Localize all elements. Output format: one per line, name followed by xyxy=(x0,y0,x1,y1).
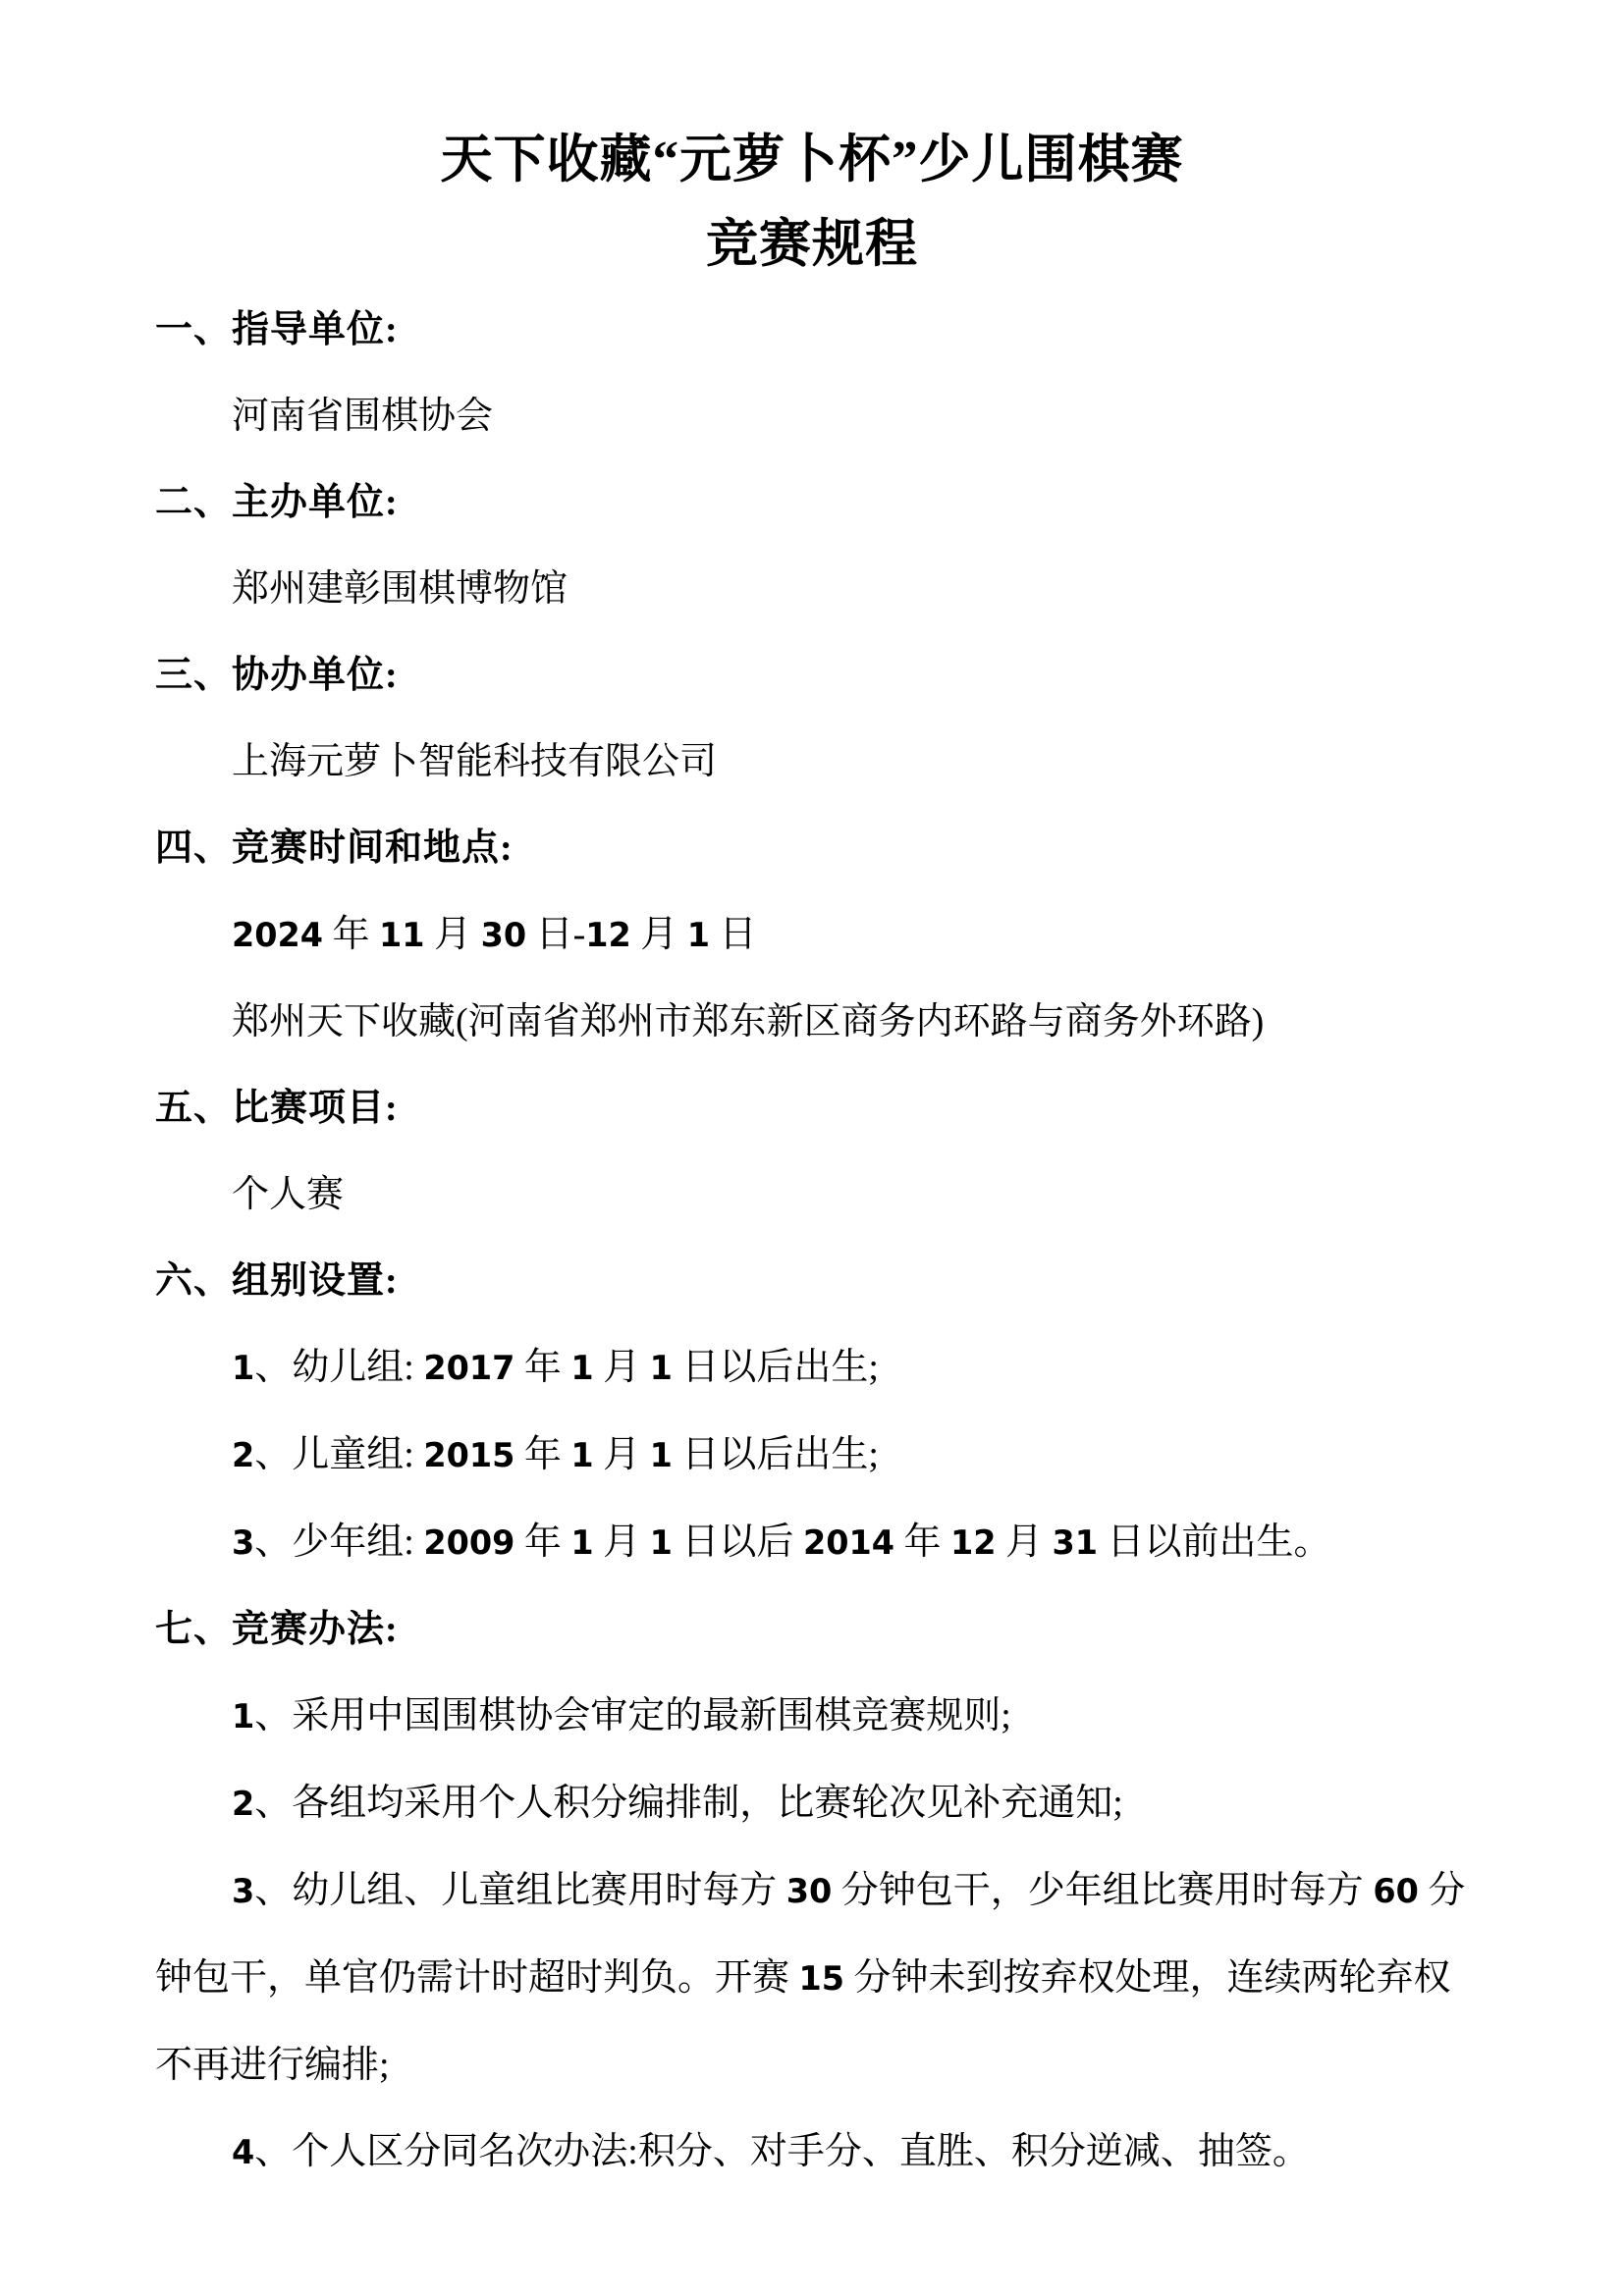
section-content-host-unit: 郑州建彰围棋博物馆 xyxy=(155,546,1469,632)
group-item-kindergarten: 1、幼儿组: 2017 年 1 月 1 日以后出生; xyxy=(155,1324,1469,1412)
section-content-events: 个人赛 xyxy=(155,1151,1469,1238)
section-heading-competition-rules: 七、竞赛办法: xyxy=(155,1586,1469,1673)
rule-item-1: 1、采用中国围棋协会审定的最新围棋竞赛规则; xyxy=(155,1673,1469,1760)
section-content-venue: 郑州天下收藏(河南省郑州市郑东新区商务内环路与商务外环路) xyxy=(155,979,1469,1065)
group-item-youth: 3、少年组: 2009 年 1 月 1 日以后 2014 年 12 月 31 日… xyxy=(155,1499,1469,1586)
section-heading-co-organizer: 三、协办单位: xyxy=(155,632,1469,719)
section-heading-time-place: 四、竞赛时间和地点: xyxy=(155,805,1469,891)
section-heading-host-unit: 二、主办单位: xyxy=(155,459,1469,546)
group-item-children: 2、儿童组: 2015 年 1 月 1 日以后出生; xyxy=(155,1412,1469,1499)
section-content-guiding-unit: 河南省围棋协会 xyxy=(155,373,1469,459)
section-content-date: 2024 年 11 月 30 日-12 月 1 日 xyxy=(155,891,1469,979)
section-heading-guiding-unit: 一、指导单位: xyxy=(155,287,1469,373)
document-subtitle: 竞赛规程 xyxy=(155,202,1469,287)
section-content-co-organizer: 上海元萝卜智能科技有限公司 xyxy=(155,719,1469,805)
section-heading-groups: 六、组别设置: xyxy=(155,1238,1469,1324)
section-heading-events: 五、比赛项目: xyxy=(155,1065,1469,1151)
rule-item-2: 2、各组均采用个人积分编排制，比赛轮次见补充通知; xyxy=(155,1760,1469,1847)
rule-item-3: 3、幼儿组、儿童组比赛用时每方 30 分钟包干，少年组比赛用时每方 60 分钟包… xyxy=(155,1847,1469,2109)
document-page: 天下收藏“元萝卜杯”少儿围棋赛 竞赛规程 一、指导单位: 河南省围棋协会 二、主… xyxy=(0,0,1624,2296)
rule-item-4: 4、个人区分同名次办法:积分、对手分、直胜、积分逆减、抽签。 xyxy=(155,2109,1469,2196)
document-title: 天下收藏“元萝卜杯”少儿围棋赛 xyxy=(155,118,1469,202)
